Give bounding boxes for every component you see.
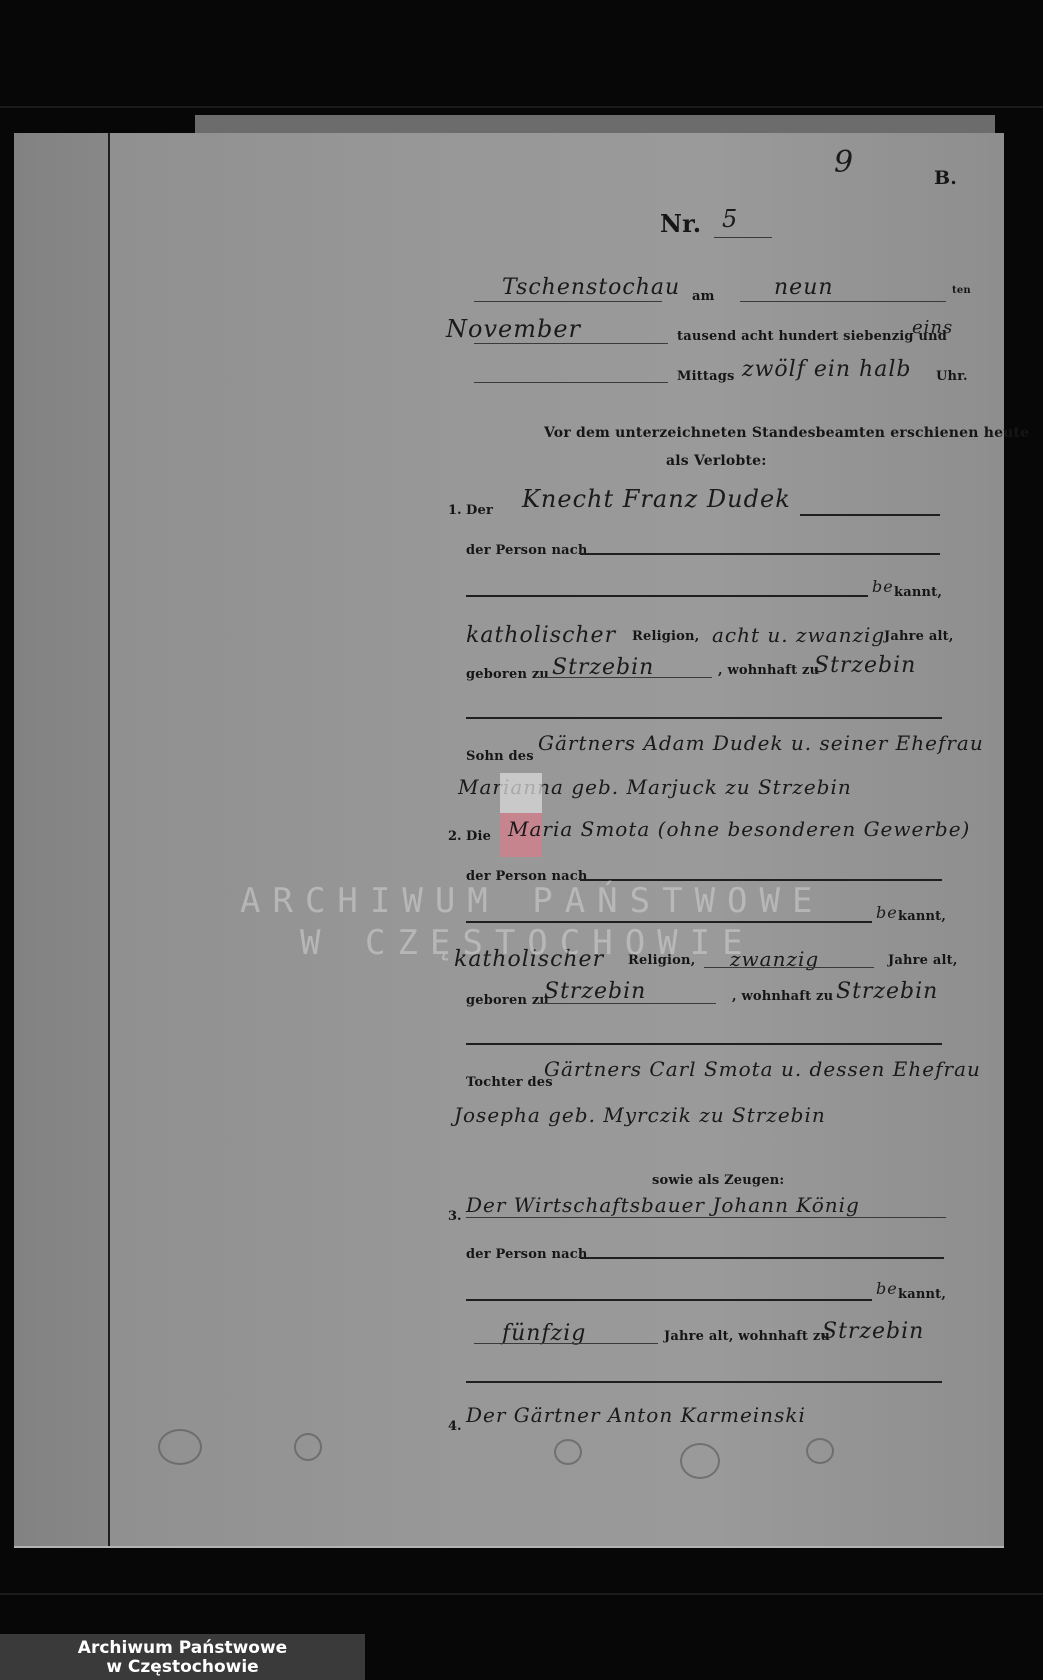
fill-line — [704, 967, 874, 968]
time-label: Mittags — [677, 369, 735, 384]
fill-line — [466, 1299, 872, 1301]
person-1-known-suffix: be — [872, 577, 894, 596]
place-value: Tschenstochau — [502, 275, 680, 300]
day-suffix: ten — [952, 285, 971, 296]
person-2-resides-label: , wohnhaft zu — [732, 989, 833, 1004]
paper-stain — [158, 1429, 202, 1465]
person-2-parents-line-2: Josepha geb. Myrczik zu Strzebin — [454, 1103, 826, 1127]
fill-line — [536, 1003, 716, 1004]
intro-line-1: Vor dem unterzeichneten Standesbeamten e… — [544, 425, 1029, 441]
archive-footer-badge: Archiwum Państwowe w Częstochowie — [0, 1634, 365, 1680]
year-text: tausend acht hundert siebenzig und — [677, 329, 947, 344]
witness-4-index: 4. — [448, 1419, 462, 1434]
person-1-parents-label: Sohn des — [466, 749, 534, 764]
scan-edge-line — [0, 1593, 1043, 1595]
scan-edge-line — [0, 106, 1043, 108]
witness-4-name: Der Gärtner Anton Karmeinski — [466, 1403, 806, 1427]
person-2-index: 2. — [448, 829, 462, 844]
witness-3-index: 3. — [448, 1209, 462, 1224]
fill-line — [474, 382, 668, 383]
year-unit-value: eins — [912, 317, 953, 338]
underline — [714, 237, 772, 238]
fill-line — [466, 1043, 942, 1045]
fill-line — [474, 1343, 658, 1344]
time-suffix: Uhr. — [936, 369, 968, 384]
person-2-name: Maria Smota (ohne besonderen Gewerbe) — [508, 817, 970, 841]
month-value: November — [446, 315, 581, 343]
person-2-known-label: kannt, — [898, 909, 946, 924]
archive-footer-line-2: w Częstochowie — [0, 1658, 365, 1677]
witness-3-identity-label: der Person nach — [466, 1247, 588, 1262]
fill-line — [580, 553, 940, 555]
witness-3-name: Der Wirtschaftsbauer Johann König — [466, 1193, 860, 1217]
fill-line — [800, 514, 940, 516]
fill-line — [466, 1217, 946, 1218]
paper-stain — [554, 1439, 582, 1465]
witnesses-intro: sowie als Zeugen: — [652, 1173, 784, 1188]
person-2-parents-line-1: Gärtners Carl Smota u. dessen Ehefrau — [544, 1057, 981, 1081]
fill-line — [474, 301, 662, 302]
person-2-born-value: Strzebin — [544, 979, 646, 1004]
record-number: 5 — [722, 205, 738, 233]
person-1-born-label: geboren zu — [466, 667, 549, 682]
witness-3-resides-value: Strzebin — [822, 1319, 924, 1344]
archive-footer-line-1: Archiwum Państwowe — [0, 1639, 365, 1658]
person-1-known-label: kannt, — [894, 585, 942, 600]
page-fold-line — [108, 133, 110, 1546]
person-1-identity-label: der Person nach — [466, 543, 588, 558]
person-1-age-label: Jahre alt, — [884, 629, 954, 644]
person-2-born-label: geboren zu — [466, 993, 549, 1008]
fill-line — [466, 1381, 942, 1383]
person-2-parents-label: Tochter des — [466, 1075, 553, 1090]
person-1-index: 1. — [448, 503, 462, 518]
person-2-known-suffix: be — [876, 903, 898, 922]
witness-3-age-resides-label: Jahre alt, wohnhaft zu — [664, 1329, 830, 1344]
paper-stain — [680, 1443, 720, 1479]
person-1-religion: katholischer — [466, 623, 616, 648]
person-1-parents-line-1: Gärtners Adam Dudek u. seiner Ehefrau — [538, 731, 984, 755]
fill-line — [466, 595, 868, 597]
person-1-resides-label: , wohnhaft zu — [718, 663, 819, 678]
witness-3-known-suffix: be — [876, 1279, 898, 1298]
paper-stain — [806, 1438, 834, 1464]
fill-line — [580, 1257, 944, 1259]
person-1-name: Knecht Franz Dudek — [522, 485, 791, 513]
am-label: am — [692, 289, 715, 304]
fill-line — [740, 301, 946, 302]
page-number: 9 — [834, 145, 854, 180]
left-leaf — [14, 133, 108, 1546]
archive-watermark-line-2: W CZĘSTOCHOWIE — [300, 923, 755, 963]
archive-watermark-line-1: ARCHIWUM PAŃSTWOWE — [240, 881, 824, 921]
person-2-age-label: Jahre alt, — [888, 953, 958, 968]
day-value: neun — [774, 275, 834, 300]
person-1-age: acht u. zwanzig — [712, 623, 885, 647]
fill-line — [536, 677, 712, 678]
person-1-religion-label: Religion, — [632, 629, 699, 644]
document-page: 9 B. Nr. 5 Tschenstochau am neun ten Nov… — [14, 133, 1004, 1548]
form-letter: B. — [934, 167, 957, 189]
witness-3-known-label: kannt, — [898, 1287, 946, 1302]
search-highlight-previous — [500, 773, 542, 813]
time-value: zwölf ein halb — [742, 357, 911, 382]
fill-line — [474, 343, 668, 344]
person-2-article: Die — [466, 829, 491, 844]
fill-line — [466, 717, 942, 719]
paper-stain — [294, 1433, 322, 1461]
intro-line-2: als Verlobte: — [666, 453, 767, 469]
person-1-article: Der — [466, 503, 493, 518]
record-label: Nr. — [660, 209, 701, 238]
person-1-resides-value: Strzebin — [814, 653, 916, 678]
person-2-resides-value: Strzebin — [836, 979, 938, 1004]
